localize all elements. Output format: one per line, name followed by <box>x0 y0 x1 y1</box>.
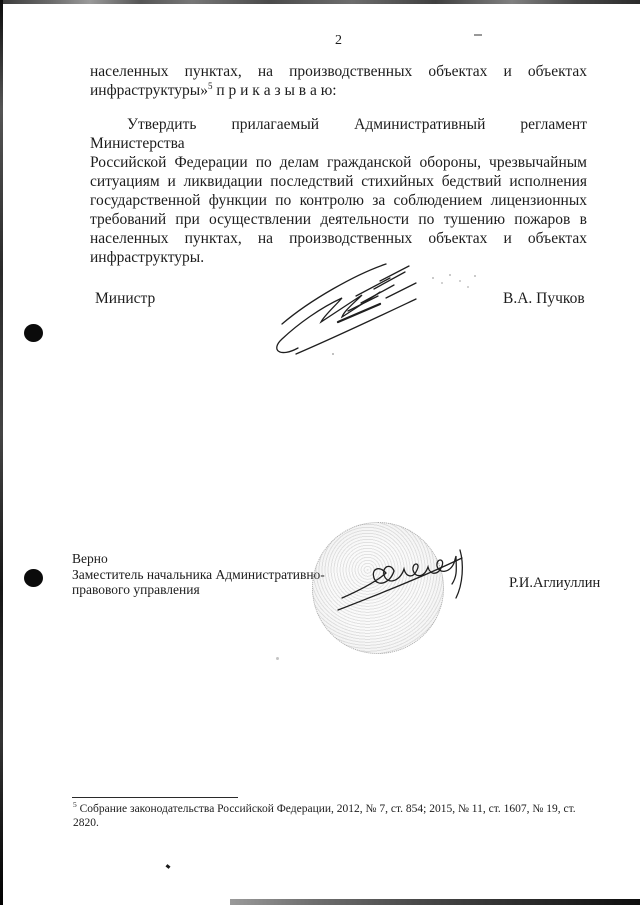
paragraph-order: Утвердить прилагаемый Административный р… <box>90 115 587 267</box>
scan-edge-top <box>0 0 640 4</box>
body-line: государственной функции по контролю за с… <box>90 191 587 210</box>
punch-hole-top <box>24 324 43 342</box>
certification-position-line2: правового управления <box>72 582 325 598</box>
scan-speck <box>467 286 469 288</box>
page-number: 2 <box>90 33 587 49</box>
body-line: Утвердить прилагаемый Административный р… <box>90 115 587 153</box>
scan-edge-left <box>0 0 3 905</box>
minister-signature <box>258 256 443 361</box>
footnote: 5 Собрание законодательства Российской Ф… <box>73 802 603 830</box>
body-line: населенных пунктах, на производственных … <box>90 229 587 248</box>
scan-speck <box>459 280 461 282</box>
body-line: населенных пунктах, на производственных … <box>90 62 587 81</box>
body-line: инфраструктуры»5 п р и к а з ы в а ю: <box>90 81 587 100</box>
certification-name: Р.И.Аглиуллин <box>509 574 600 592</box>
scan-edge-bottom <box>230 899 640 905</box>
order-word-spaced: п р и к а з ы в а ю: <box>212 82 336 99</box>
minister-name: В.А. Пучков <box>503 290 585 308</box>
footnote-text: Собрание законодательства Российской Фед… <box>73 803 576 829</box>
body-line: ситуациям и ликвидации последствий стихи… <box>90 172 587 191</box>
minister-title: Министр <box>95 290 155 308</box>
scan-speck <box>449 274 451 276</box>
paragraph-continuation: населенных пунктах, на производственных … <box>90 62 587 100</box>
scan-speck-lower <box>276 657 279 660</box>
scan-speck <box>474 275 476 277</box>
certification-block: Верно Заместитель начальника Администрат… <box>72 551 325 598</box>
footnote-separator <box>72 797 238 798</box>
scan-speck <box>441 282 443 284</box>
body-line: Российской Федерации по делам гражданско… <box>90 153 587 172</box>
punch-hole-bottom <box>24 569 43 587</box>
certification-signature <box>332 540 487 622</box>
certification-position-line1: Заместитель начальника Административно- <box>72 567 325 583</box>
scan-speck <box>432 277 434 279</box>
body-line: требований при осуществлении деятельност… <box>90 210 587 229</box>
document-page: 2 населенных пунктах, на производственны… <box>0 0 640 905</box>
body-line-text: инфраструктуры» <box>90 82 208 99</box>
scan-speck-bottom <box>166 864 171 869</box>
certification-verno: Верно <box>72 551 325 567</box>
